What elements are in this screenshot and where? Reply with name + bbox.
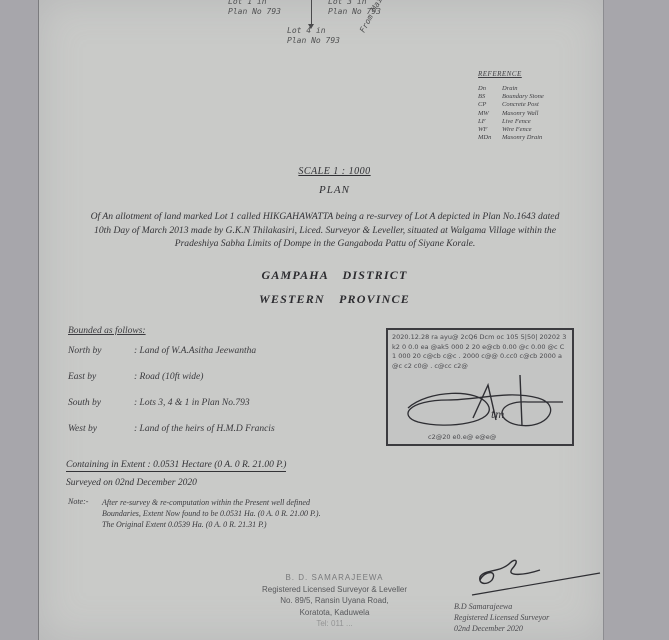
- map-label-lot-4: Lot 4 in Plan No 793: [287, 26, 340, 46]
- signature-date: 02nd December 2020: [454, 623, 549, 634]
- reference-item: LFLive Fence: [478, 118, 544, 126]
- rubber-stamp-line: Tel: 011 ...: [0, 618, 669, 630]
- reference-item: WFWire Fence: [478, 126, 544, 134]
- extent-line: Containing in Extent : 0.0531 Hectare (0…: [66, 460, 286, 472]
- boundary-row: North by: Land of W.A.Asitha Jeewantha: [68, 346, 275, 372]
- boundaries-list: North by: Land of W.A.Asitha JeewanthaEa…: [68, 346, 275, 450]
- district-label: GAMPAHA DISTRICT: [0, 268, 669, 283]
- note-line: The Original Extent 0.0539 Ha. (0 A. 0 R…: [102, 519, 321, 530]
- reference-code: CP: [478, 101, 502, 109]
- boundary-value: : Road (10ft wide): [134, 372, 203, 382]
- stamp-signature-icon: tm: [388, 330, 572, 444]
- note-line: Boundaries, Extent Now found to be 0.053…: [102, 508, 321, 519]
- reference-meaning: Boundary Stone: [502, 93, 544, 101]
- map-label-line: Plan No 793: [287, 36, 340, 46]
- boundary-row: East by: Road (10ft wide): [68, 372, 275, 398]
- note-line: After re-survey & re-computation within …: [102, 497, 321, 508]
- province-label: WESTERN PROVINCE: [0, 292, 669, 307]
- boundaries-section: Bounded as follows: North by: Land of W.…: [68, 326, 275, 450]
- boundary-direction: South by: [68, 398, 134, 408]
- boundary-value: : Land of the heirs of H.M.D Francis: [134, 424, 275, 434]
- reference-code: MW: [478, 110, 502, 118]
- note-label: Note:-: [68, 497, 88, 506]
- scale-label: SCALE 1 : 1000: [0, 166, 669, 177]
- boundary-direction: East by: [68, 372, 134, 382]
- reference-item: MWMasonry Wall: [478, 110, 544, 118]
- boundary-row: South by: Lots 3, 4 & 1 in Plan No.793: [68, 398, 275, 424]
- reference-legend: REFERENCE DnDrainBSBoundary StoneCPConcr…: [478, 70, 544, 142]
- reference-meaning: Wire Fence: [502, 126, 532, 134]
- reference-meaning: Drain: [502, 85, 518, 93]
- reference-item: CPConcrete Post: [478, 101, 544, 109]
- note-text: After re-survey & re-computation within …: [102, 497, 321, 530]
- map-label-line: Plan No 793: [228, 7, 281, 17]
- surveyor-title: Registered Licensed Surveyor: [454, 612, 549, 623]
- surveyor-signature-icon: [470, 555, 610, 600]
- map-label-lot-1: Lot 1 in Plan No 793: [228, 0, 281, 17]
- boundary-direction: North by: [68, 346, 134, 356]
- stamp-footer: c2@20 e0.e@ e@e@: [428, 433, 496, 441]
- boundary-line: [311, 0, 312, 25]
- boundary-value: : Lots 3, 4 & 1 in Plan No.793: [134, 398, 250, 408]
- reference-code: MDn: [478, 134, 502, 142]
- scale-text: SCALE 1 : 1000: [298, 166, 370, 177]
- surveyor-signature-block: B.D Samarajeewa Registered Licensed Surv…: [454, 601, 549, 634]
- reference-title: REFERENCE: [478, 70, 544, 78]
- reference-meaning: Masonry Drain: [502, 134, 542, 142]
- boundary-value: : Land of W.A.Asitha Jeewantha: [134, 346, 256, 356]
- reference-code: LF: [478, 118, 502, 126]
- arrow-head-icon: [308, 24, 314, 29]
- rubber-stamp-line: Koratota, Kaduwela: [0, 607, 669, 619]
- map-label-line: Lot 1 in: [228, 0, 281, 7]
- reference-code: BS: [478, 93, 502, 101]
- reference-item: BSBoundary Stone: [478, 93, 544, 101]
- reference-item: MDnMasonry Drain: [478, 134, 544, 142]
- reference-item: DnDrain: [478, 85, 544, 93]
- reference-meaning: Concrete Post: [502, 101, 539, 109]
- surveyor-name: B.D Samarajeewa: [454, 601, 549, 612]
- boundary-direction: West by: [68, 424, 134, 434]
- plan-description: Of An allotment of land marked Lot 1 cal…: [88, 210, 562, 251]
- surveyed-date: Surveyed on 02nd December 2020: [66, 478, 197, 488]
- reference-meaning: Live Fence: [502, 118, 531, 126]
- reference-meaning: Masonry Wall: [502, 110, 538, 118]
- boundaries-title: Bounded as follows:: [68, 326, 275, 336]
- plan-title: PLAN: [0, 184, 669, 196]
- reference-code: WF: [478, 126, 502, 134]
- official-stamp: 2020.12.28 ra ayu@ 2cQ6 Dcm oc 105 5|50|…: [386, 328, 574, 446]
- reference-code: Dn: [478, 85, 502, 93]
- boundary-row: West by: Land of the heirs of H.M.D Fran…: [68, 424, 275, 450]
- reference-list: DnDrainBSBoundary StoneCPConcrete PostMW…: [478, 85, 544, 142]
- svg-text:tm: tm: [491, 410, 505, 421]
